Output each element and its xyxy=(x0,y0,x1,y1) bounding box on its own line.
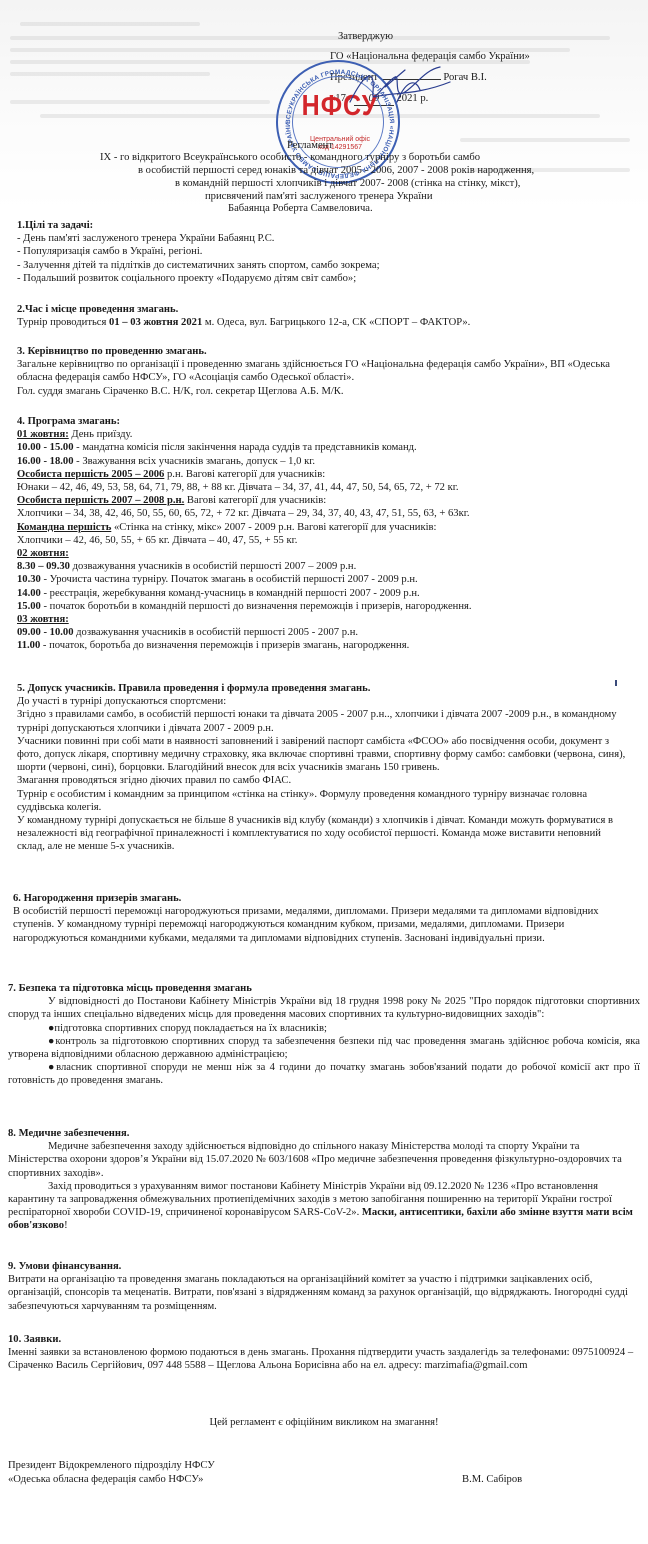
section-goals: 1.Цілі та задачі: - День пам'яті заслуже… xyxy=(17,219,637,285)
title-line-6: Бабаянца Роберта Самвеловича. xyxy=(228,202,373,215)
day-date: 01 жовтня: xyxy=(17,429,69,440)
bleed-line xyxy=(460,138,630,142)
schedule-text: - початок, боротьба до визначення перемо… xyxy=(40,640,409,651)
title-line-3: в особистій першості серед юнаків та дів… xyxy=(138,164,534,177)
bleed-line xyxy=(20,22,200,26)
schedule-time: 14.00 xyxy=(17,588,41,599)
management-text: Загальне керівництво по організації і пр… xyxy=(17,358,637,384)
day-date: 03 жовтня: xyxy=(17,614,69,625)
schedule-item: 09.00 - 10.00 дозважування учасників в о… xyxy=(17,626,637,639)
weight-categories: Юнаки – 42, 46, 49, 53, 58, 64, 71, 79, … xyxy=(17,481,637,494)
section-awards: 6. Нагородження призерів змагань. В особ… xyxy=(13,892,633,945)
category-header: Командна першість «Стінка на стінку, мік… xyxy=(17,521,637,534)
schedule-time: 16.00 - 18.00 xyxy=(17,456,74,467)
official-call: Цей регламент є офіційним викликом на зм… xyxy=(0,1416,648,1429)
scan-mark xyxy=(615,680,617,686)
category-suffix: «Стінка на стінку, мікс» 2007 - 2009 р.н… xyxy=(111,522,436,533)
signer-title-1: Президент Відокремленого підрозділу НФСУ xyxy=(8,1459,215,1472)
admission-text: Згідно з правилами самбо, в особистій пе… xyxy=(17,708,627,734)
safety-bullet: ●власник спортивної споруди не менш ніж … xyxy=(8,1061,640,1087)
schedule-text: - початок боротьби в командній першості … xyxy=(41,601,472,612)
category-header: Особиста першість 2007 – 2008 р.н. Вагов… xyxy=(17,494,637,507)
schedule-text: - Урочиста частина турніру. Початок змаг… xyxy=(41,574,418,585)
category-title: Особиста першість 2005 – 2006 xyxy=(17,469,164,480)
section-heading: 10. Заявки. xyxy=(8,1333,634,1346)
day-note: День приїзду. xyxy=(69,429,133,440)
bleed-line xyxy=(10,100,270,104)
weight-categories: Хлопчики – 34, 38, 42, 46, 50, 55, 60, 6… xyxy=(17,507,637,520)
admission-text: Турнір є особистим і командним за принци… xyxy=(17,788,627,814)
medical-text: Медичне забезпечення заходу здійснюється… xyxy=(8,1140,636,1180)
section-heading: 2.Час і місце проведення змагань. xyxy=(17,303,637,316)
venue: м. Одеса, вул. Багрицького 12-а, СК «СПО… xyxy=(202,317,470,328)
schedule-text: дозважування учасників в особистій першо… xyxy=(70,561,356,572)
section-heading: 8. Медичне забезпечення. xyxy=(8,1127,636,1140)
section-applications: 10. Заявки. Іменні заявки за встановлено… xyxy=(8,1333,634,1373)
schedule-time: 11.00 xyxy=(17,640,40,651)
day-1: 01 жовтня: День приїзду. xyxy=(17,428,637,441)
category-suffix: Вагові категорії для учасників: xyxy=(184,495,326,506)
safety-bullet: ●контроль за підготовкою спортивних спор… xyxy=(8,1035,640,1061)
safety-bullet: ●підготовка спортивних споруд покладаєть… xyxy=(8,1022,640,1035)
bleed-line xyxy=(10,72,210,76)
signer-title-2: «Одеська обласна федерація самбо НФСУ» xyxy=(8,1473,203,1486)
section-heading: 5. Допуск учасників. Правила проведення … xyxy=(17,682,627,695)
section-safety: 7. Безпека та підготовка місць проведенн… xyxy=(8,982,640,1088)
signature-icon xyxy=(345,62,455,112)
admission-text: Учасники повинні при собі мати в наявнос… xyxy=(17,735,627,775)
schedule-text: - мандатна комісія після закінчення нара… xyxy=(74,442,417,453)
day-date: 02 жовтня: xyxy=(17,548,69,559)
schedule-time: 8.30 – 09.30 xyxy=(17,561,70,572)
schedule-time: 10.00 - 15.00 xyxy=(17,442,74,453)
section-time-place: 2.Час і місце проведення змагань. Турнір… xyxy=(17,303,637,329)
section-heading: 7. Безпека та підготовка місць проведенн… xyxy=(8,982,640,995)
category-header: Особиста першість 2005 – 2006 р.н. Вагов… xyxy=(17,468,637,481)
bleed-line xyxy=(10,36,610,40)
day-2: 02 жовтня: xyxy=(17,547,637,560)
covid-text: Захід проводиться з урахуванням вимог по… xyxy=(8,1180,636,1233)
financing-text: Витрати на організацію та проведення зма… xyxy=(8,1273,634,1313)
text: Турнір проводиться xyxy=(17,317,109,328)
signer-name: В.М. Сабіров xyxy=(462,1473,522,1486)
schedule-text: дозважування учасників в особистій першо… xyxy=(74,627,359,638)
weight-categories: Хлопчики – 42, 46, 50, 55, + 65 кг. Дівч… xyxy=(17,534,637,547)
admission-text: До участі в турнірі допускаються спортсм… xyxy=(17,695,627,708)
section-program: 4. Програма змагань: 01 жовтня: День при… xyxy=(17,415,637,653)
applications-text: Іменні заявки за встановленою формою под… xyxy=(8,1346,634,1372)
day-3: 03 жовтня: xyxy=(17,613,637,626)
section-management: 3. Керівництво по проведенню змагань. За… xyxy=(17,345,637,398)
schedule-text: - реєстрація, жеребкування команд-учасни… xyxy=(41,588,420,599)
goal-item: - День пам'яті заслуженого тренера Украї… xyxy=(17,232,637,245)
section-heading: 3. Керівництво по проведенню змагань. xyxy=(17,345,637,358)
category-title: Командна першість xyxy=(17,522,111,533)
admission-text: У командному турнірі допускається не біл… xyxy=(17,814,627,854)
schedule-item: 16.00 - 18.00 - Зважування всіх учасникі… xyxy=(17,455,637,468)
schedule-item: 8.30 – 09.30 дозважування учасників в ос… xyxy=(17,560,637,573)
punctuation: ! xyxy=(64,1220,68,1231)
section-heading: 4. Програма змагань: xyxy=(17,415,637,428)
section-heading: 6. Нагородження призерів змагань. xyxy=(13,892,633,905)
schedule-item: 10.30 - Урочиста частина турніру. Почато… xyxy=(17,573,637,586)
section-financing: 9. Умови фінансування. Витрати на органі… xyxy=(8,1260,634,1313)
schedule-time: 10.30 xyxy=(17,574,41,585)
goal-item: - Залучення дітей та підлітків до систем… xyxy=(17,259,637,272)
section-heading: 9. Умови фінансування. xyxy=(8,1260,634,1273)
section-heading: 1.Цілі та задачі: xyxy=(17,219,637,232)
section-medical: 8. Медичне забезпечення. Медичне забезпе… xyxy=(8,1127,636,1233)
schedule-item: 15.00 - початок боротьби в командній пер… xyxy=(17,600,637,613)
schedule-time: 15.00 xyxy=(17,601,41,612)
admission-text: Змагання проводяться згідно діючих прави… xyxy=(17,774,627,787)
awards-text: В особистій першості переможці нагороджу… xyxy=(13,905,633,945)
event-dates: 01 – 03 жовтня 2021 xyxy=(109,317,202,328)
section-admission: 5. Допуск учасників. Правила проведення … xyxy=(17,682,627,854)
approve-label: Затверджую xyxy=(338,30,393,43)
schedule-item: 11.00 - початок, боротьба до визначення … xyxy=(17,639,637,652)
category-title: Особиста першість 2007 – 2008 р.н. xyxy=(17,495,184,506)
category-suffix: р.н. Вагові категорії для учасників: xyxy=(164,469,325,480)
schedule-item: 14.00 - реєстрація, жеребкування команд-… xyxy=(17,587,637,600)
schedule-item: 10.00 - 15.00 - мандатна комісія після з… xyxy=(17,441,637,454)
goal-item: - Подальший розвиток соціального проекту… xyxy=(17,272,637,285)
schedule-time: 09.00 - 10.00 xyxy=(17,627,74,638)
time-place-text: Турнір проводиться 01 – 03 жовтня 2021 м… xyxy=(17,316,637,329)
schedule-text: - Зважування всіх учасників змагань, доп… xyxy=(74,456,316,467)
safety-intro: У відповідності до Постанови Кабінету Мі… xyxy=(8,995,640,1021)
title-line-4: в командній першості хлопчиків і дівчат … xyxy=(175,177,520,190)
goal-item: - Популяризація самбо в Україні, регіоні… xyxy=(17,245,637,258)
judges-text: Гол. суддя змагань Сіраченко В.С. Н/К, г… xyxy=(17,385,637,398)
title-line-2: IX - го відкритого Всеукраїнського особи… xyxy=(100,151,480,164)
